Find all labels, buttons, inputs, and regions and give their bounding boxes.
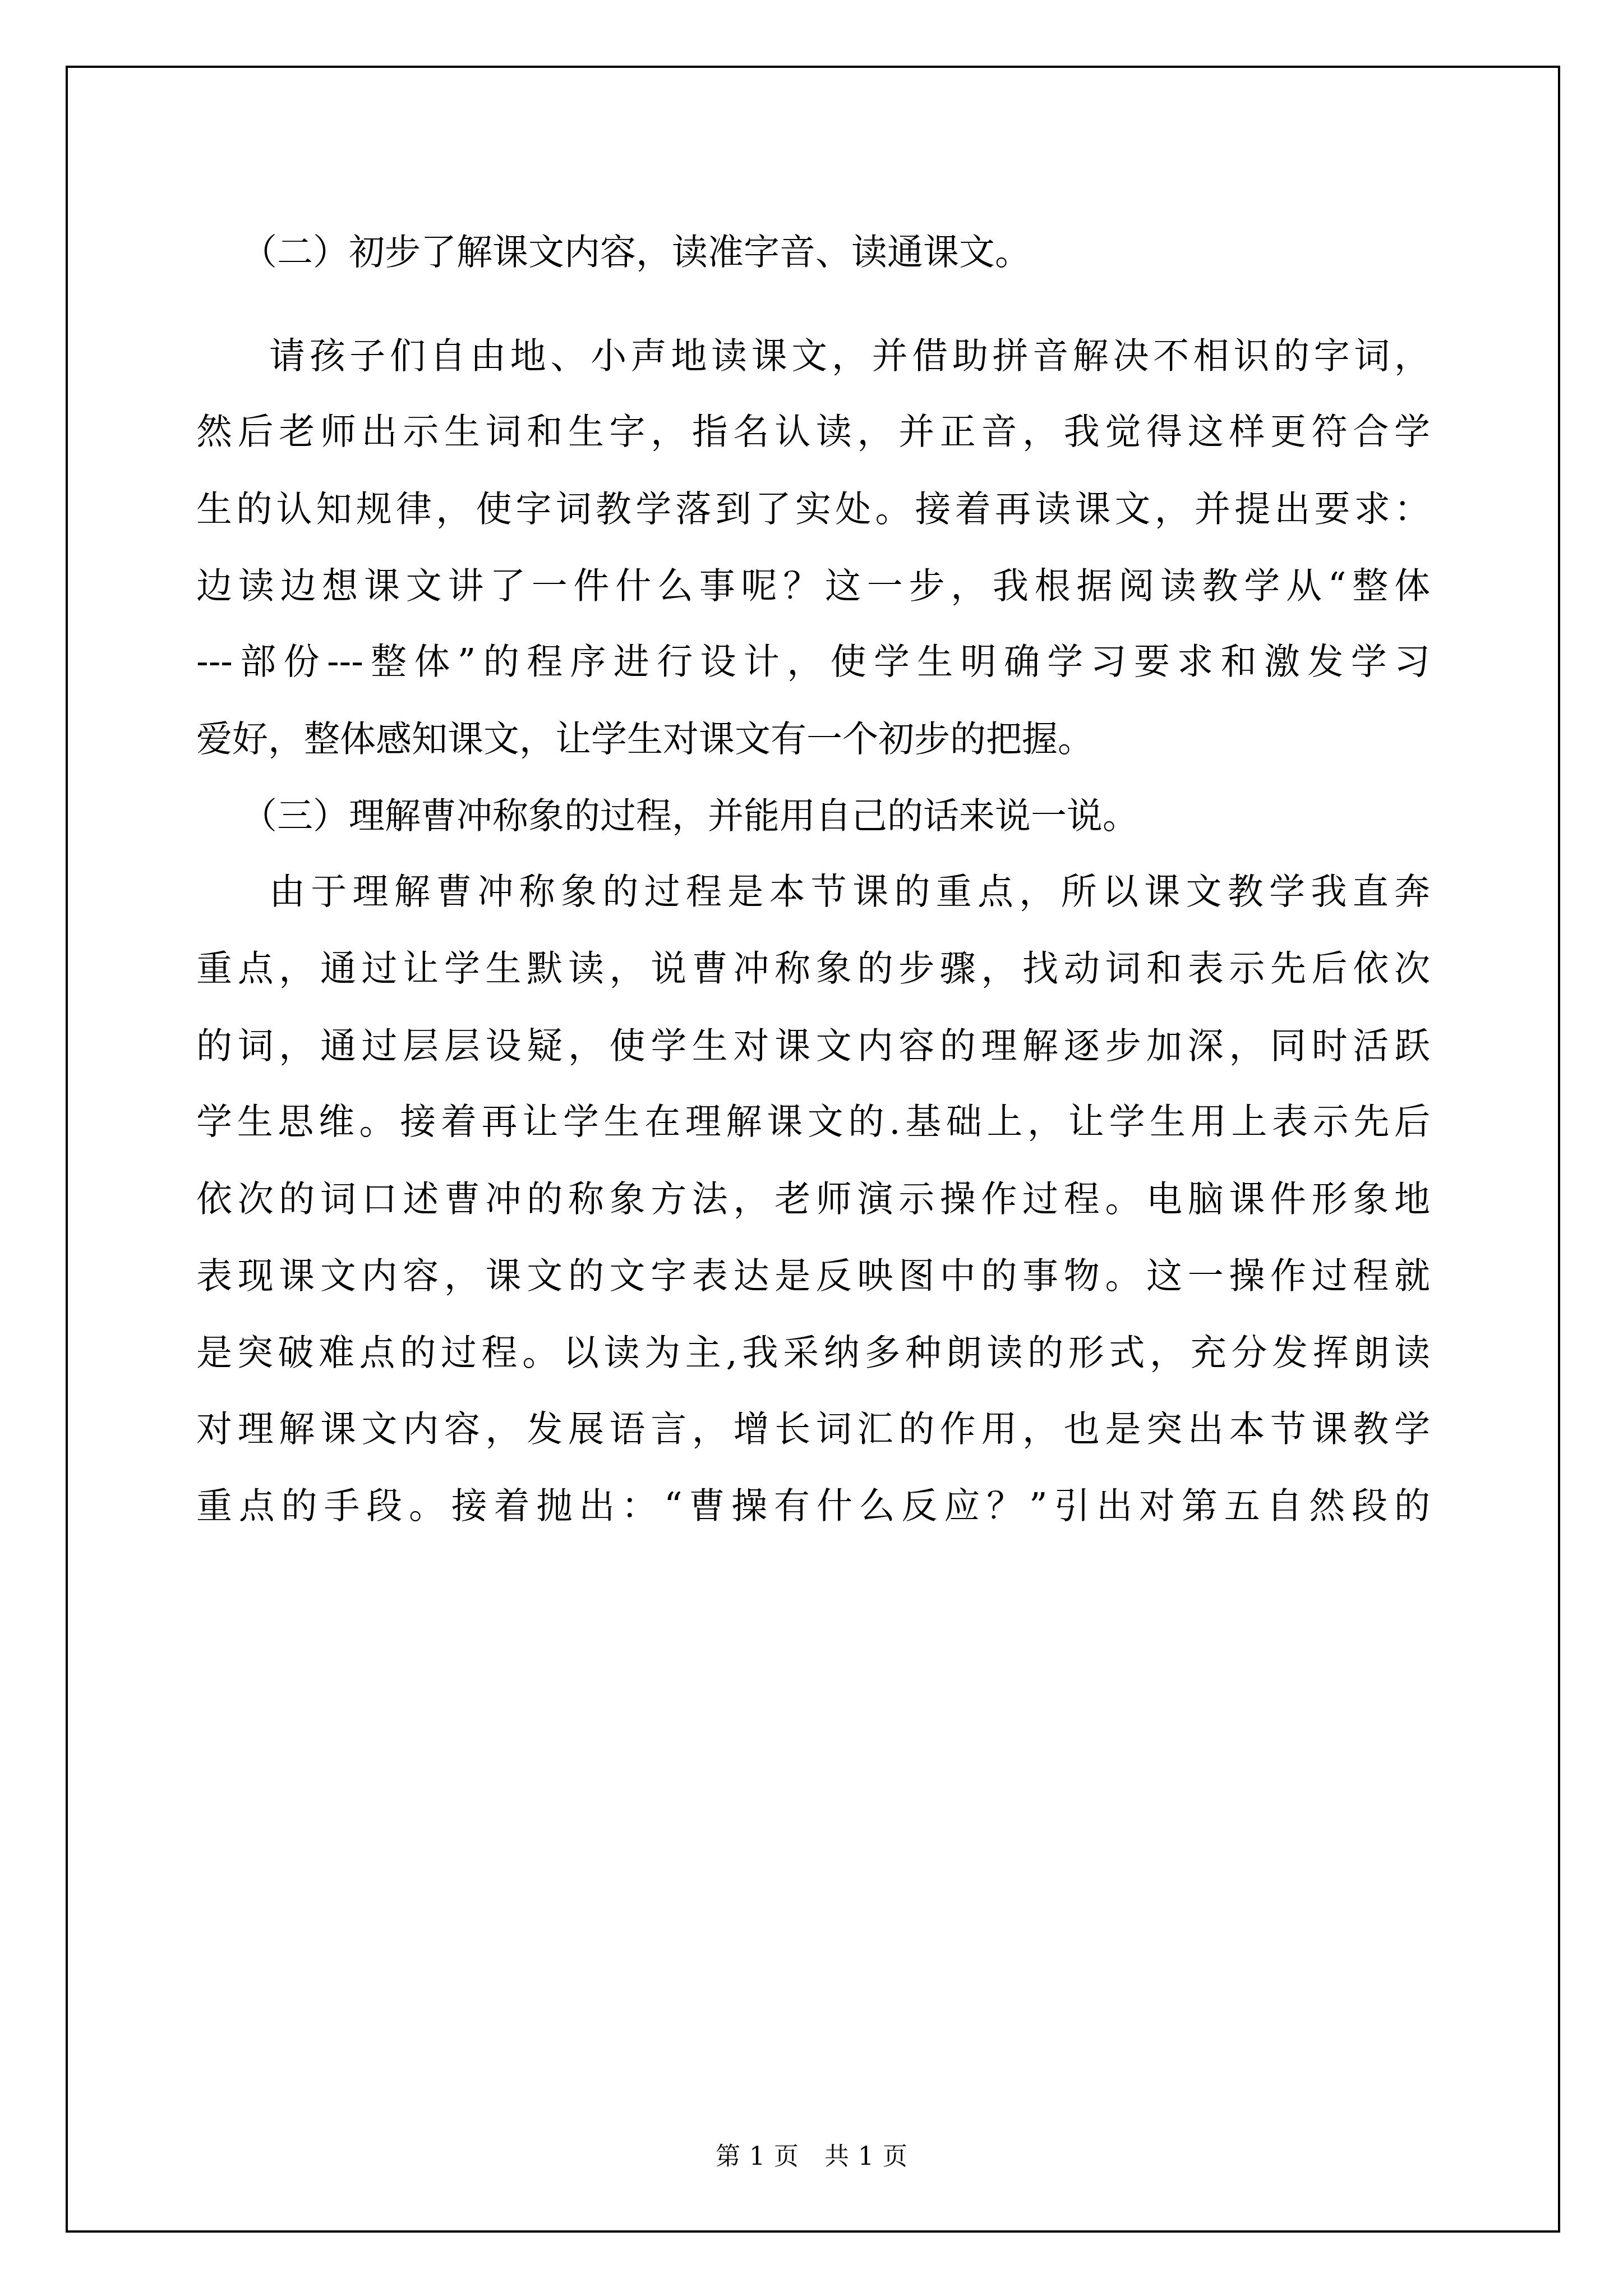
total-label-prefix: 共 [824,2142,849,2171]
section-heading-3: （三）理解曹冲称象的过程，并能用自己的话来说一说。 [241,791,1138,841]
paragraph-line: 边读边想课文讲了一件什么事呢？这一步，我根据阅读教学从“整体 [196,561,1430,611]
paragraph-line: 依次的词口述曹冲的称象方法，老师演示操作过程。电脑课件形象地 [196,1174,1430,1225]
paragraph-line: 学生思维。接着再让学生在理解课文的.基础上，让学生用上表示先后 [196,1097,1430,1147]
section-heading-2: （二）初步了解课文内容，读准字音、读通课文。 [241,227,1031,278]
paragraph-line: 是突破难点的过程。以读为主,我采纳多种朗读的形式，充分发挥朗读 [196,1328,1430,1378]
paragraph-line: 重点的手段。接着抛出：“曹操有什么反应？”引出对第五自然段的 [196,1481,1430,1531]
paragraph-line: 由于理解曹冲称象的过程是本节课的重点，所以课文教学我直奔 [269,867,1430,917]
paragraph-line: 重点，通过让学生默读，说曹冲称象的步骤，找动词和表示先后依次 [196,944,1430,994]
paragraph-line: 然后老师出示生词和生字，指名认读，并正音，我觉得这样更符合学 [196,407,1430,457]
page-total-count: 1 [858,2142,874,2171]
page-footer: 第1页 共1页 [0,2137,1623,2177]
paragraph-line: 表现课文内容，课文的文字表达是反映图中的事物。这一操作过程就 [196,1251,1430,1301]
page-current: 1 [749,2142,765,2171]
paragraph-line: 的词，通过层层设疑，使学生对课文内容的理解逐步加深，同时活跃 [196,1021,1430,1071]
paragraph-line: 对理解课文内容，发展语言，增长词汇的作用，也是突出本节课教学 [196,1404,1430,1455]
page-total: 共1页 [820,2142,912,2171]
paragraph-line: ---部份---整体”的程序进行设计，使学生明确学习要求和激发学习 [196,637,1430,687]
page-border [66,66,1560,2233]
paragraph-line: 生的认知规律，使字词教学落到了实处。接着再读课文，并提出要求： [196,484,1430,535]
paragraph-line: 爱好，整体感知课文，让学生对课文有一个初步的把握。 [196,714,1430,765]
page-number: 第1页 [711,2142,803,2171]
total-label-suffix: 页 [883,2142,907,2171]
page-label-suffix: 页 [774,2142,799,2171]
page-label-prefix: 第 [716,2142,740,2171]
paragraph-line: 请孩子们自由地、小声地读课文，并借助拼音解决不相识的字词， [269,331,1430,381]
